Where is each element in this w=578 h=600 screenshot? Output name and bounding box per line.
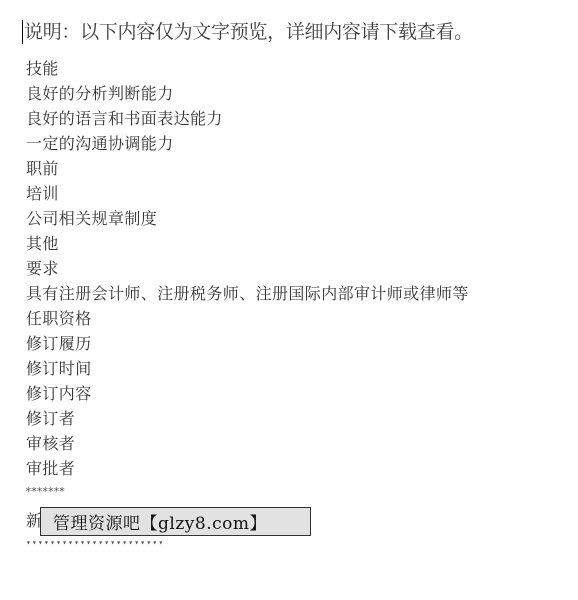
line-rules: 公司相关规章制度	[26, 206, 469, 231]
line-revision-content: 修订内容	[26, 381, 469, 406]
line-certifications: 具有注册会计师、注册税务师、注册国际内部审计师或律师等	[26, 281, 469, 306]
preview-notice: 说明：以下内容仅为文字预览，详细内容请下载查看。	[24, 18, 473, 46]
star-separator: *******	[25, 485, 64, 499]
watermark-text: 管理资源吧【glzy8.com】	[53, 509, 267, 534]
line-reviser: 修订者	[26, 406, 469, 431]
dotted-rule: ▾▾▾▾▾▾▾▾▾▾▾▾▾▾▾▾▾▾▾▾▾▾▾	[26, 538, 164, 548]
line-training: 培训	[26, 181, 469, 206]
line-approver: 审批者	[26, 456, 469, 481]
document-body: 技能 良好的分析判断能力 良好的语言和书面表达能力 一定的沟通协调能力 职前 培…	[26, 56, 469, 481]
text-cursor	[22, 20, 23, 44]
line-communication: 一定的沟通协调能力	[26, 131, 469, 156]
watermark-banner: 管理资源吧【glzy8.com】	[40, 507, 311, 536]
line-qualifications: 任职资格	[26, 306, 469, 331]
line-expression: 良好的语言和书面表达能力	[26, 106, 469, 131]
line-revision-history: 修订履历	[26, 331, 469, 356]
line-pre-job: 职前	[26, 156, 469, 181]
line-revision-time: 修订时间	[26, 356, 469, 381]
line-analysis: 良好的分析判断能力	[26, 81, 469, 106]
line-reviewer: 审核者	[26, 431, 469, 456]
line-other: 其他	[26, 231, 469, 256]
line-skills: 技能	[26, 56, 469, 81]
line-requirements: 要求	[26, 256, 469, 281]
